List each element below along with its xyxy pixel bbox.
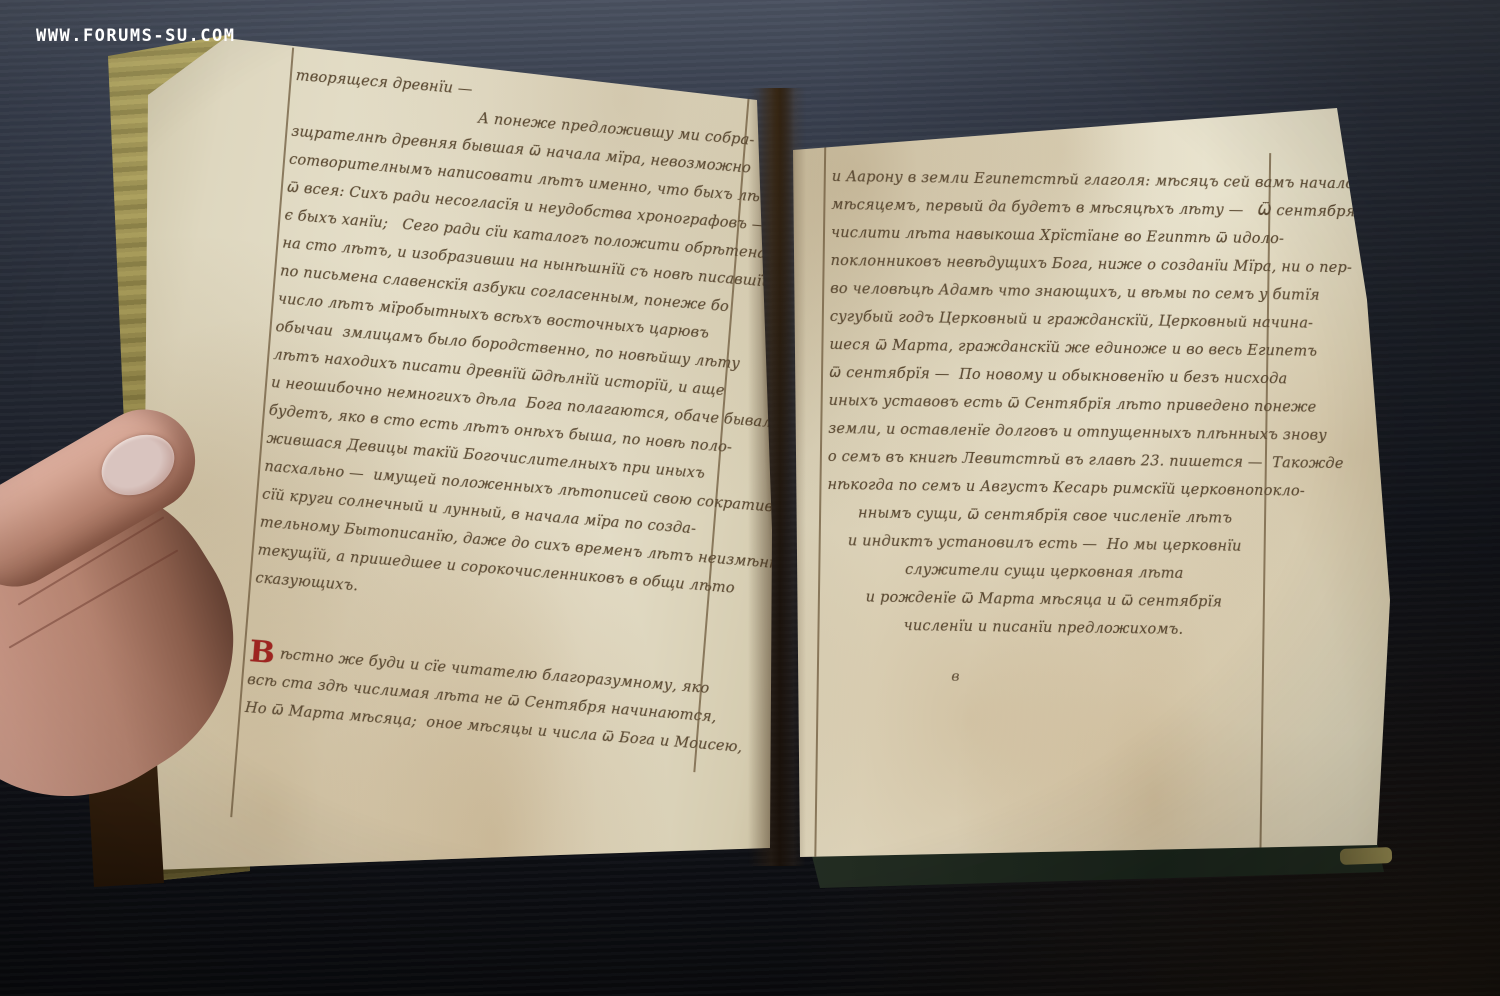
quire-signature-mark: в (825, 661, 1261, 695)
left-page-text: творящеся древнїи —А понеже предложившу … (244, 62, 748, 758)
book-gutter-shadow (748, 88, 806, 866)
right-page-margin-rule-left (814, 147, 826, 865)
cover-corner-wear (1340, 847, 1393, 865)
right-page: и Аарону в земли Египетстѣй глаголя: мѣс… (785, 95, 1400, 895)
right-page-text: и Аарону в земли Египетстѣй глаголя: мѣс… (825, 163, 1268, 695)
watermark-text: WWW.FORUMS-SU.COM (36, 26, 236, 46)
photo-scene: WWW.FORUMS-SU.COM творящеся древнїи —А п… (0, 0, 1500, 996)
right-page-closing-lines: ннымъ сущи, ѿ сентябрїя свое численїе лѣ… (825, 499, 1263, 645)
left-page-final-paragraph: Вѣстно же буди и сїе читателю благоразум… (244, 638, 701, 758)
left-page: творящеся древнїи —А понеже предложившу … (140, 30, 785, 880)
red-initial-letter: В (248, 638, 276, 668)
left-page-lines: творящеся древнїи —А понеже предложившу … (254, 62, 747, 629)
right-page-lines: и Аарону в земли Египетстѣй глаголя: мѣс… (827, 163, 1268, 505)
manuscript-line: численїи и писанїи предложихомъ. (825, 611, 1261, 645)
